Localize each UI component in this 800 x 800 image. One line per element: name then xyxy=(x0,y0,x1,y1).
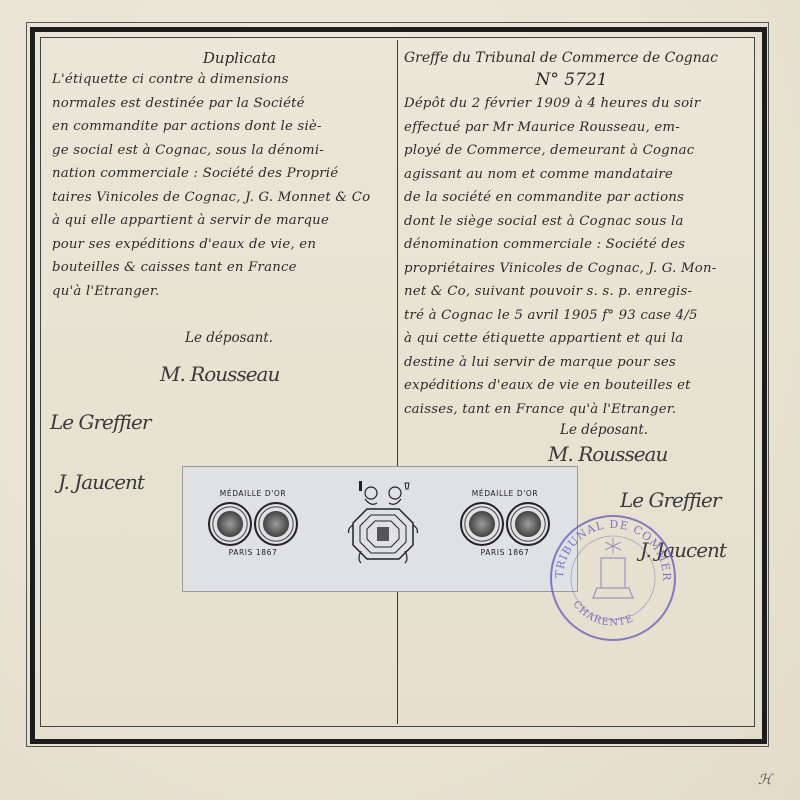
duplicate-title: Duplicata xyxy=(92,48,387,68)
medal-year: PARIS 1867 xyxy=(455,548,555,557)
right-line: caisses, tant en France qu'à l'Etranger. xyxy=(404,398,739,422)
right-line: net & Co, suivant pouvoir s. s. p. enreg… xyxy=(404,280,739,304)
medal-reverse-icon xyxy=(460,502,504,546)
right-line: Dépôt du 2 février 1909 à 4 heures du so… xyxy=(404,92,739,116)
left-depositor-signature: M. Rousseau xyxy=(160,362,279,386)
right-depositor-signature: M. Rousseau xyxy=(548,442,667,466)
right-medal-group: MÉDAILLE D'OR PARIS 1867 xyxy=(455,489,555,557)
right-line: propriétaires Vinicoles de Cognac, J. G.… xyxy=(404,257,739,281)
left-column: Duplicata L'étiquette ci contre à dimens… xyxy=(52,48,387,303)
left-line: taires Vinicoles de Cognac, J. G. Monnet… xyxy=(52,186,387,210)
right-column: Greffe du Tribunal de Commerce de Cognac… xyxy=(404,48,739,421)
medal-title: MÉDAILLE D'OR xyxy=(203,489,303,498)
left-line: pour ses expéditions d'eaux de vie, en xyxy=(52,233,387,257)
right-line: destine à lui servir de marque pour ses xyxy=(404,351,739,375)
right-line: ployé de Commerce, demeurant à Cognac xyxy=(404,139,739,163)
right-line: de la société en commandite par actions xyxy=(404,186,739,210)
left-line: ge social est à Cognac, sous la dénomi- xyxy=(52,139,387,163)
court-registry-title: Greffe du Tribunal de Commerce de Cognac xyxy=(404,48,739,68)
svg-text:TRIBUNAL DE COMMERCE DE COGNAC: TRIBUNAL DE COMMERCE DE COGNAC xyxy=(545,508,673,582)
cognac-label: MÉDAILLE D'OR PARIS 1867 MÉDAILLE D'OR xyxy=(182,466,578,592)
medal-year: PARIS 1867 xyxy=(203,548,303,557)
left-line: en commandite par actions dont le siè- xyxy=(52,115,387,139)
right-line: dont le siège social est à Cognac sous l… xyxy=(404,210,739,234)
left-line: bouteilles & caisses tant en France xyxy=(52,256,387,280)
right-line: à qui cette étiquette appartient et qui … xyxy=(404,327,739,351)
right-depositor-label: Le déposant. xyxy=(560,422,648,438)
tribunal-stamp-icon: TRIBUNAL DE COMMERCE DE COGNAC CHARENTE xyxy=(545,508,680,643)
left-second-signature: J. Jaucent xyxy=(58,470,144,494)
registration-number: N° 5721 xyxy=(404,68,739,92)
left-clerk-signature: Le Greffier xyxy=(50,410,150,434)
medal-reverse-icon xyxy=(208,502,252,546)
left-line: nation commerciale : Société des Proprié xyxy=(52,162,387,186)
right-line: tré à Cognac le 5 avril 1905 f° 93 case … xyxy=(404,304,739,328)
left-line: normales est destinée par la Société xyxy=(52,92,387,116)
left-depositor-label: Le déposant. xyxy=(185,330,273,346)
octagonal-crest-icon xyxy=(343,479,423,571)
left-line: à qui elle appartient à servir de marque xyxy=(52,209,387,233)
left-line: L'étiquette ci contre à dimensions xyxy=(52,68,387,92)
svg-text:CHARENTE: CHARENTE xyxy=(570,599,635,629)
medal-portrait-icon xyxy=(506,502,550,546)
column-divider xyxy=(397,40,398,724)
corner-mark: ℋ xyxy=(758,772,772,788)
medal-portrait-icon xyxy=(254,502,298,546)
left-medal-group: MÉDAILLE D'OR PARIS 1867 xyxy=(203,489,303,557)
right-line: effectué par Mr Maurice Rousseau, em- xyxy=(404,116,739,140)
medal-title: MÉDAILLE D'OR xyxy=(455,489,555,498)
left-line: qu'à l'Etranger. xyxy=(52,280,387,304)
right-line: agissant au nom et comme mandataire xyxy=(404,163,739,187)
document-sheet: Duplicata L'étiquette ci contre à dimens… xyxy=(0,0,800,800)
right-line: dénomination commerciale : Société des xyxy=(404,233,739,257)
right-line: expéditions d'eaux de vie en bouteilles … xyxy=(404,374,739,398)
